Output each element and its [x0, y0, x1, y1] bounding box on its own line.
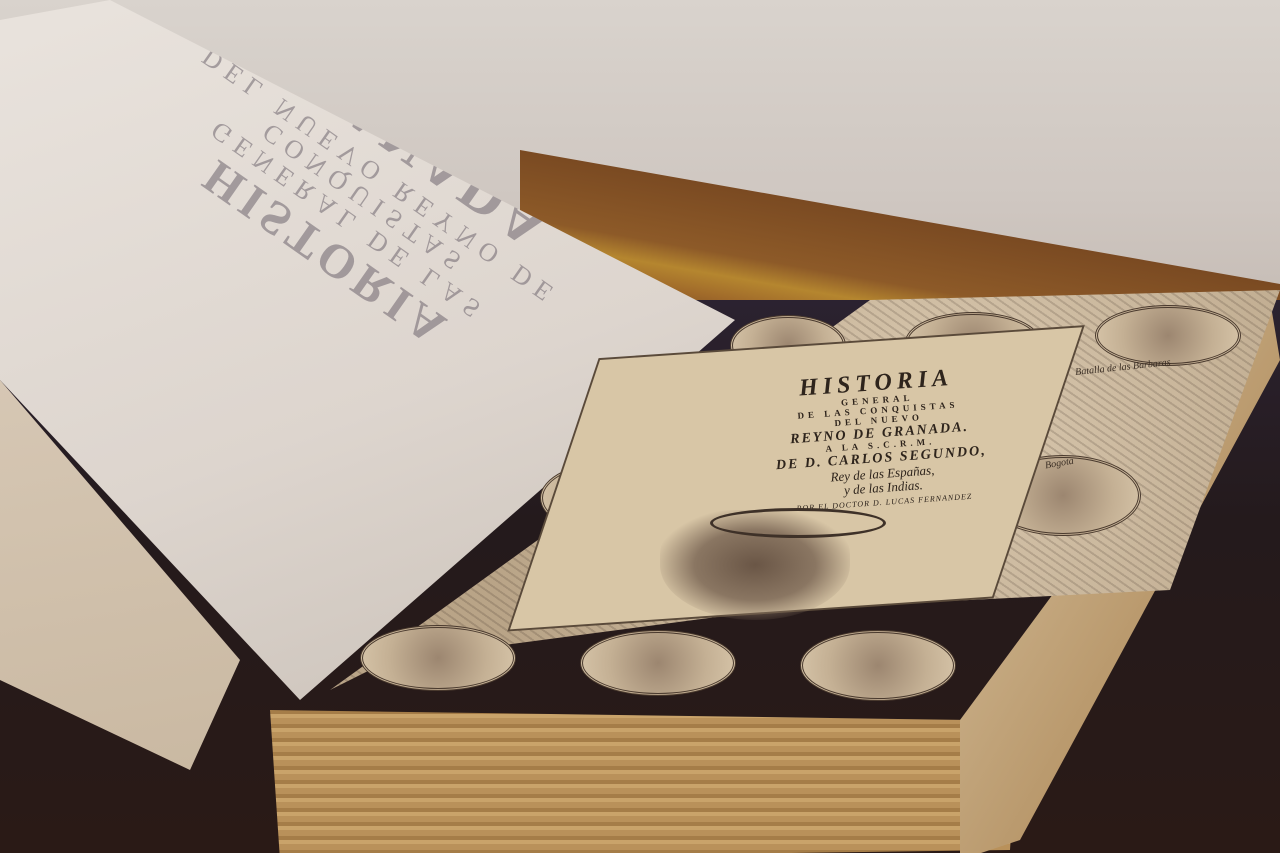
- photo-scene: HISTORIA GENERAL DE LAS CONQUISTAS DEL N…: [0, 0, 1280, 853]
- crown-icon: [710, 508, 886, 538]
- portrait-medallion: [360, 625, 516, 691]
- portrait-medallion: [580, 630, 736, 696]
- title-block: HISTORIA GENERAL DE LAS CONQUISTAS DEL N…: [696, 358, 1065, 521]
- portrait-medallion: [800, 630, 956, 701]
